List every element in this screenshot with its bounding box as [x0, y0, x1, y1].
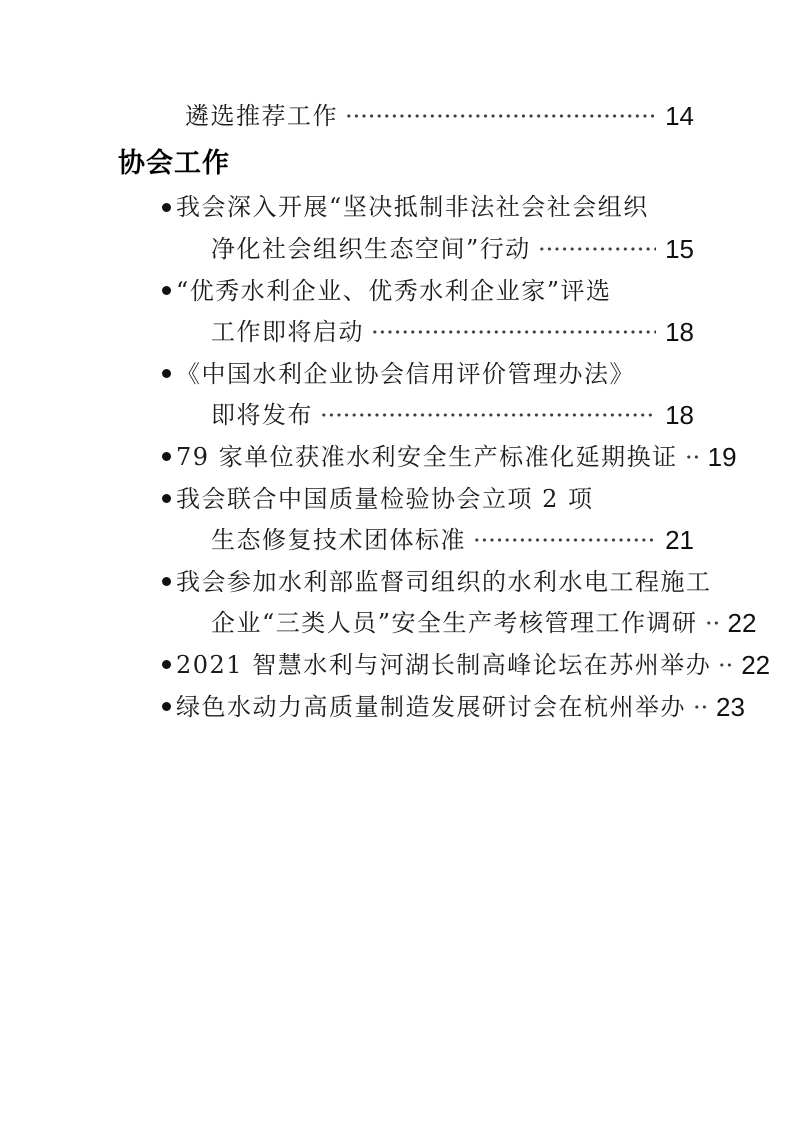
toc-entry-text: 我会深入开展“坚决抵制非法社会社会组织	[176, 195, 649, 219]
toc-entry-text: 《中国水利企业协会信用评价管理办法》	[176, 362, 635, 386]
dot-leader	[685, 453, 699, 461]
section-header: 协会工作	[0, 137, 800, 184]
toc-entry: 79 家单位获准水利安全生产标准化延期换证 19	[0, 436, 800, 478]
table-of-contents: 遴选推荐工作 14 协会工作 我会深入开展“坚决抵制非法社会社会组织 净化社会组…	[0, 95, 800, 727]
toc-entry-text: 我会联合中国质量检验协会立项 2 项	[176, 487, 594, 511]
toc-entry-text: 企业“三类人员”安全生产考核管理工作调研	[211, 611, 698, 635]
toc-entry-text: 遴选推荐工作	[185, 104, 338, 128]
dot-leader	[693, 703, 707, 711]
toc-entry: 我会联合中国质量检验协会立项 2 项	[0, 478, 800, 520]
dot-leader	[718, 661, 732, 669]
toc-entry: 遴选推荐工作 14	[0, 95, 800, 137]
toc-entry: “优秀水利企业、优秀水利企业家”评选	[0, 270, 800, 312]
toc-entry-continuation: 工作即将启动 18	[0, 311, 800, 353]
toc-entry-text: 2021 智慧水利与河湖长制高峰论坛在苏州举办	[176, 653, 711, 677]
toc-entry: 我会参加水利部监督司组织的水利水电工程施工	[0, 561, 800, 603]
toc-entry-text: 我会参加水利部监督司组织的水利水电工程施工	[176, 570, 712, 594]
bullet-icon	[162, 577, 171, 586]
dot-leader	[473, 536, 656, 544]
dot-leader	[345, 112, 656, 120]
toc-entry: 我会深入开展“坚决抵制非法社会社会组织	[0, 187, 800, 229]
toc-entry: 《中国水利企业协会信用评价管理办法》	[0, 353, 800, 395]
page-number: 15	[665, 236, 694, 262]
page-number: 14	[665, 103, 694, 129]
document-page: 遴选推荐工作 14 协会工作 我会深入开展“坚决抵制非法社会社会组织 净化社会组…	[0, 0, 800, 1131]
toc-entry-continuation: 企业“三类人员”安全生产考核管理工作调研 22	[0, 603, 800, 645]
toc-entry-text: 工作即将启动	[211, 320, 364, 344]
bullet-icon	[162, 369, 171, 378]
bullet-icon	[162, 660, 171, 669]
bullet-icon	[162, 286, 171, 295]
toc-entry-text: 净化社会组织生态空间”行动	[211, 237, 531, 261]
toc-entry-text: 即将发布	[211, 403, 313, 427]
bullet-icon	[162, 203, 171, 212]
toc-entry-text: 生态修复技术团体标准	[211, 528, 466, 552]
bullet-icon	[162, 452, 171, 461]
page-number: 23	[716, 694, 745, 720]
dot-leader	[371, 328, 656, 336]
page-number: 21	[665, 527, 694, 553]
page-number: 22	[741, 652, 770, 678]
toc-entry-text: 绿色水动力高质量制造发展研讨会在杭州举办	[176, 695, 686, 719]
toc-entry-text: 79 家单位获准水利安全生产标准化延期换证	[176, 445, 678, 469]
bullet-icon	[162, 702, 171, 711]
bullet-icon	[162, 494, 171, 503]
dot-leader	[705, 619, 719, 627]
page-number: 19	[708, 444, 737, 470]
dot-leader	[538, 245, 656, 253]
toc-entry: 2021 智慧水利与河湖长制高峰论坛在苏州举办 22	[0, 644, 800, 686]
toc-entry-continuation: 净化社会组织生态空间”行动 15	[0, 228, 800, 270]
toc-entry-text: “优秀水利企业、优秀水利企业家”评选	[176, 279, 612, 303]
page-number: 22	[728, 610, 757, 636]
page-number: 18	[665, 319, 694, 345]
toc-entry-continuation: 即将发布 18	[0, 395, 800, 437]
dot-leader	[320, 411, 656, 419]
toc-entry: 绿色水动力高质量制造发展研讨会在杭州举办 23	[0, 686, 800, 728]
toc-entry-continuation: 生态修复技术团体标准 21	[0, 519, 800, 561]
page-number: 18	[665, 402, 694, 428]
